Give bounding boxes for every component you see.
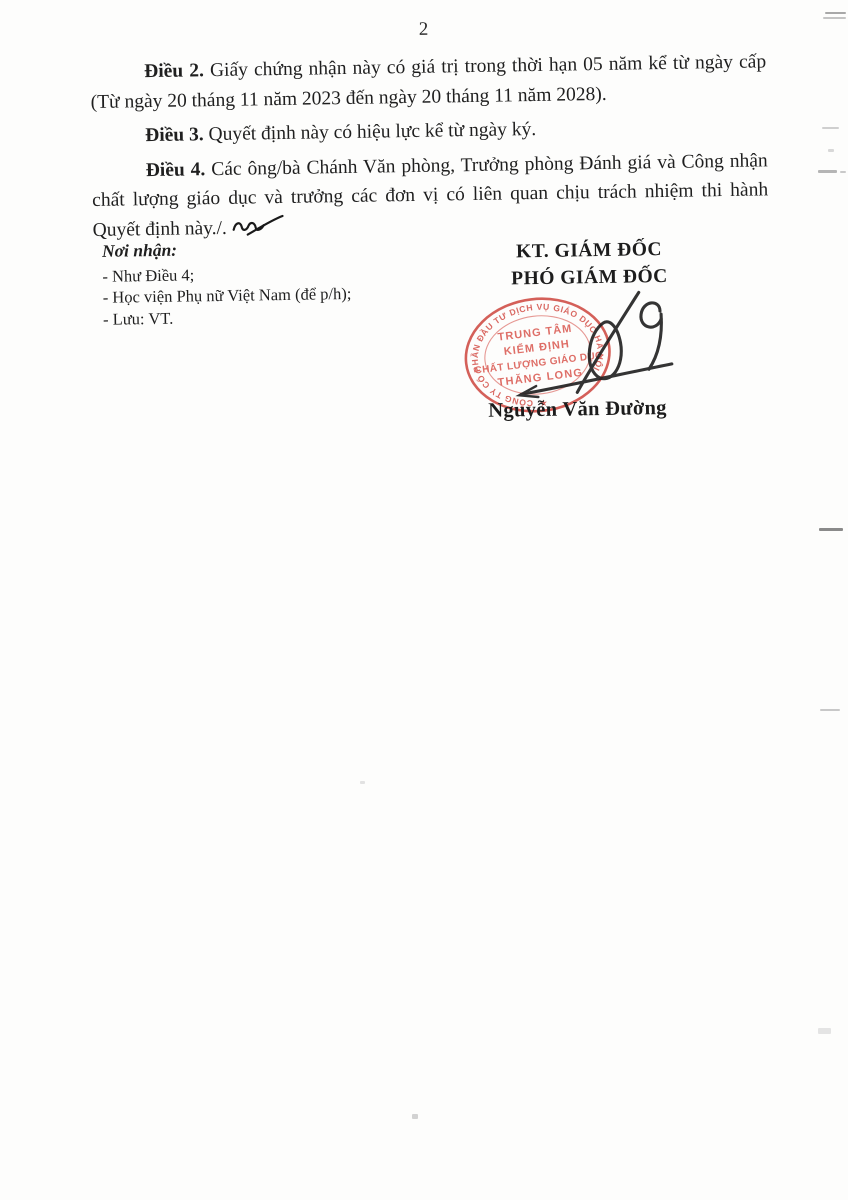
- document-page: 2 Điều 2. Giấy chứng nhận này có giá trị…: [0, 0, 848, 1200]
- stamp-and-signature: CÔNG TY CỔ PHẦN ĐẦU TƯ DỊCH VỤ GIÁO DỤC …: [387, 278, 690, 493]
- page-number: 2: [0, 12, 848, 47]
- scan-artifact: [412, 1114, 418, 1119]
- scan-artifact: [840, 171, 846, 173]
- recipients-heading: Nơi nhận:: [102, 237, 351, 262]
- recipient-item: - Lưu: VT.: [103, 304, 352, 329]
- scan-artifact: [819, 528, 843, 531]
- recipient-item: - Học viện Phụ nữ Việt Nam (để p/h);: [103, 283, 352, 308]
- article-3: Điều 3. Quyết định này có hiệu lực kể từ…: [91, 111, 767, 151]
- scan-artifact: [825, 12, 846, 14]
- article-2: Điều 2. Giấy chứng nhận này có giá trị t…: [90, 47, 767, 117]
- signer-name: Nguyễn Văn Đường: [437, 396, 717, 423]
- article-4-label: Điều 4.: [146, 159, 206, 181]
- article-2-label: Điều 2.: [144, 60, 204, 82]
- handwritten-initials: [231, 212, 285, 237]
- article-3-text: Quyết định này có hiệu lực kể từ ngày ký…: [204, 119, 537, 145]
- scan-artifact: [818, 170, 837, 173]
- recipients-block: Nơi nhận: - Như Điều 4; - Học viện Phụ n…: [102, 237, 352, 330]
- scanned-content: 2 Điều 2. Giấy chứng nhận này có giá trị…: [0, 0, 848, 1200]
- scan-artifact: [822, 127, 839, 129]
- document-body: Điều 2. Giấy chứng nhận này có giá trị t…: [90, 47, 769, 250]
- scan-artifact: [818, 1028, 831, 1034]
- signature-title-line1: KT. GIÁM ĐỐC: [451, 235, 727, 266]
- scan-artifact: [820, 709, 840, 711]
- article-4: Điều 4. Các ông/bà Chánh Văn phòng, Trưở…: [92, 146, 769, 245]
- scan-artifact: [360, 781, 365, 784]
- scan-artifact: [828, 149, 834, 152]
- article-3-label: Điều 3.: [145, 124, 204, 146]
- scan-artifact: [823, 17, 846, 19]
